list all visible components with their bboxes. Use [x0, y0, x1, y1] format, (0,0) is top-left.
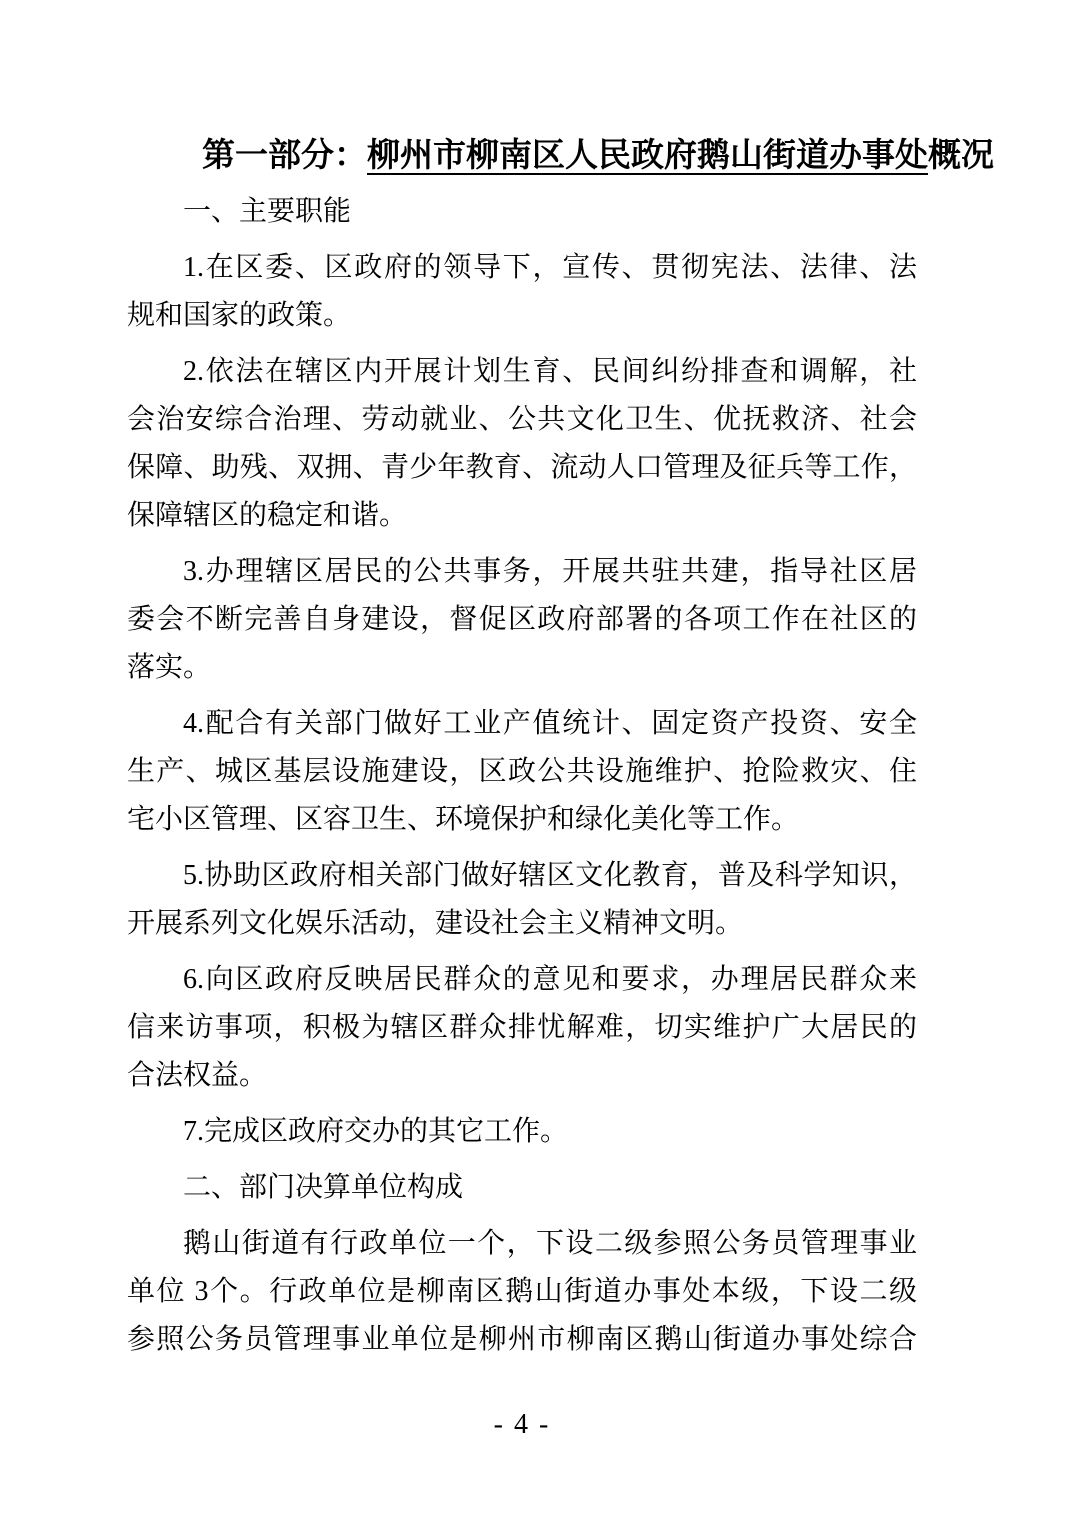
paragraph-line: 规和国家的政策。: [127, 292, 917, 340]
paragraph-line: 会治安综合治理、劳动就业、公共文化卫生、优抚救济、社会: [127, 396, 917, 444]
document-page: 第一部分：柳州市柳南区人民政府鹅山街道办事处概况 一、主要职能 1.在区委、区政…: [0, 0, 1074, 1520]
paragraph-line: 保障、助残、双拥、青少年教育、流动人口管理及征兵等工作，: [127, 444, 917, 492]
paragraph-5: 5.协助区政府相关部门做好辖区文化教育，普及科学知识， 开展系列文化娱乐活动，建…: [127, 852, 917, 948]
doc-title-underlined: 柳州市柳南区人民政府鹅山街道办事处: [367, 138, 928, 174]
doc-title: 第一部分：柳州市柳南区人民政府鹅山街道办事处概况: [202, 132, 917, 180]
paragraph-line: 信来访事项，积极为辖区群众排忧解难，切实维护广大居民的: [127, 1004, 917, 1052]
paragraph-line: 3.办理辖区居民的公共事务，开展共驻共建，指导社区居: [127, 548, 917, 596]
paragraph-line: 4.配合有关部门做好工业产值统计、固定资产投资、安全: [127, 700, 917, 748]
paragraph-3: 3.办理辖区居民的公共事务，开展共驻共建，指导社区居 委会不断完善自身建设，督促…: [127, 548, 917, 692]
doc-title-prefix: 第一部分：: [202, 138, 367, 174]
paragraph-6: 6.向区政府反映居民群众的意见和要求，办理居民群众来 信来访事项，积极为辖区群众…: [127, 956, 917, 1100]
paragraph-line: 保障辖区的稳定和谐。: [127, 492, 917, 540]
section-heading-main-duties: 一、主要职能: [127, 188, 917, 236]
paragraph-line: 合法权益。: [127, 1052, 917, 1100]
paragraph-line: 鹅山街道有行政单位一个，下设二级参照公务员管理事业: [127, 1220, 917, 1268]
paragraph-line: 宅小区管理、区容卫生、环境保护和绿化美化等工作。: [127, 796, 917, 844]
section-heading-unit-composition: 二、部门决算单位构成: [127, 1164, 917, 1212]
document-content: 第一部分：柳州市柳南区人民政府鹅山街道办事处概况 一、主要职能 1.在区委、区政…: [127, 132, 917, 1364]
paragraph-8: 鹅山街道有行政单位一个，下设二级参照公务员管理事业 单位 3个。行政单位是柳南区…: [127, 1220, 917, 1364]
paragraph-line: 开展系列文化娱乐活动，建设社会主义精神文明。: [127, 900, 917, 948]
paragraph-line: 7.完成区政府交办的其它工作。: [127, 1108, 917, 1156]
paragraph-line: 落实。: [127, 644, 917, 692]
paragraph-line: 6.向区政府反映居民群众的意见和要求，办理居民群众来: [127, 956, 917, 1004]
doc-title-suffix: 概况: [928, 138, 994, 174]
paragraph-line: 5.协助区政府相关部门做好辖区文化教育，普及科学知识，: [127, 852, 917, 900]
page-number: - 4 -: [127, 1401, 917, 1449]
paragraph-line: 委会不断完善自身建设，督促区政府部署的各项工作在社区的: [127, 596, 917, 644]
paragraph-line: 1.在区委、区政府的领导下，宣传、贯彻宪法、法律、法: [127, 244, 917, 292]
paragraph-2: 2.依法在辖区内开展计划生育、民间纠纷排查和调解，社 会治安综合治理、劳动就业、…: [127, 348, 917, 540]
paragraph-4: 4.配合有关部门做好工业产值统计、固定资产投资、安全 生产、城区基层设施建设，区…: [127, 700, 917, 844]
paragraph-1: 1.在区委、区政府的领导下，宣传、贯彻宪法、法律、法 规和国家的政策。: [127, 244, 917, 340]
paragraph-7: 7.完成区政府交办的其它工作。: [127, 1108, 917, 1156]
paragraph-line: 单位 3个。行政单位是柳南区鹅山街道办事处本级，下设二级: [127, 1268, 917, 1316]
paragraph-line: 参照公务员管理事业单位是柳州市柳南区鹅山街道办事处综合: [127, 1316, 917, 1364]
paragraph-line: 生产、城区基层设施建设，区政公共设施维护、抢险救灾、住: [127, 748, 917, 796]
paragraph-line: 2.依法在辖区内开展计划生育、民间纠纷排查和调解，社: [127, 348, 917, 396]
